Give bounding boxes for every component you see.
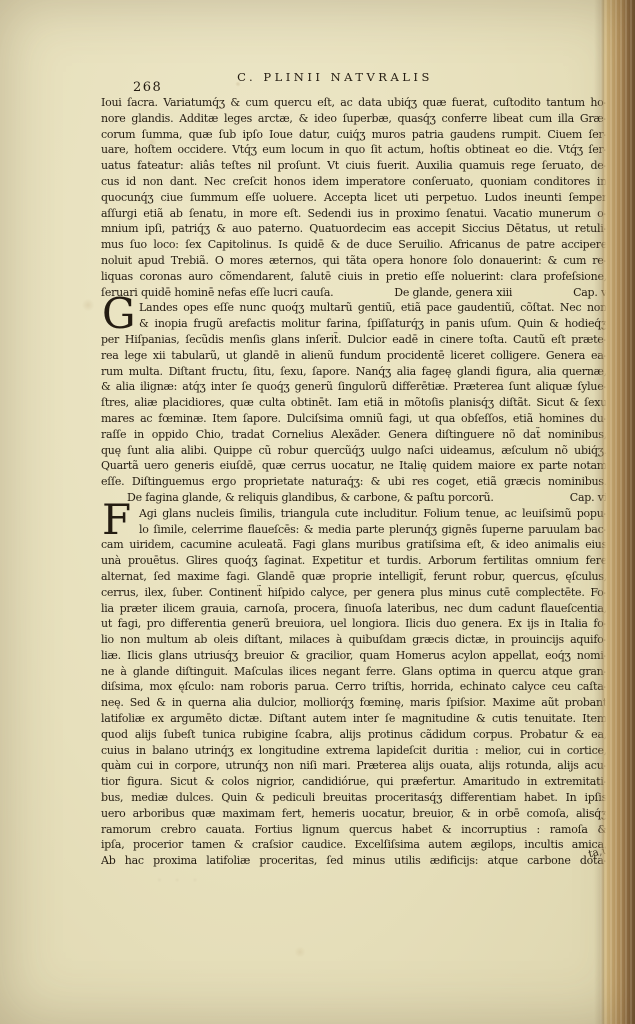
text-line: quod alijs ſubeſt tunica rubigine ſcabra… — [101, 727, 607, 743]
text-line: rum multa. Diſtant fructu, ſitu, ſexu, ſ… — [101, 364, 607, 380]
text-block: Ioui ſacra. Variatumq́ʒ & cum quercu eſt… — [101, 95, 607, 869]
text-line: mares ac fœminæ. Item ſapore. Dulciſsima… — [101, 411, 607, 427]
text-line: aſſurgi etiã ab ſenatu, in more eſt. Sed… — [101, 206, 607, 222]
text-line: Landes opes eſſe nunc quoq́ʒ multarũ gen… — [101, 300, 607, 316]
paragraph-de-fagina-indented-lines: Agi glans nucleis ſimilis, triangula cut… — [101, 506, 607, 538]
text-line: quàm cui in corpore, utrunq́ʒ non niſi m… — [101, 758, 607, 774]
text-line: mnium ipſi, patriq́ʒ & auo paterno. Quat… — [101, 221, 607, 237]
paragraph-continuation: Ioui ſacra. Variatumq́ʒ & cum quercu eſt… — [101, 95, 607, 285]
text-line: & alia ilignæ: atq́ʒ inter ſe quoq́ʒ gen… — [101, 379, 607, 395]
book-fore-edge — [600, 0, 635, 1024]
text-line: & inopia frugũ arefactis molitur farina,… — [101, 316, 607, 332]
text-line: cerrus, ilex, ſuber. Continent̃ hiſpido … — [101, 585, 607, 601]
running-head: C. PLINII NATVRALIS — [100, 70, 570, 84]
text-line: mus ſuo loco: ſex Capitolinus. Is quidē … — [101, 237, 607, 253]
text-line: eſſe. Diſtinguemus ergo proprietate natu… — [101, 474, 607, 490]
paragraph-de-glande-indented-lines: Landes opes eſſe nunc quoq́ʒ multarũ gen… — [101, 300, 607, 332]
paragraph-de-fagina: F Agi glans nucleis ſimilis, triangula c… — [101, 506, 607, 869]
text-line: latifoliæ ex argumēto dictæ. Diſtant aut… — [101, 711, 607, 727]
paragraph-de-glande: G Landes opes eſſe nunc quoq́ʒ multarũ g… — [101, 300, 607, 490]
text-line: uero arboribus quæ maximam fert, hemeris… — [101, 806, 607, 822]
text-line: cus id non dant. Nec creſcit honos idem … — [101, 174, 607, 190]
text-line: neę. Sed & in querna alia dulcior, molli… — [101, 695, 607, 711]
chapter-5-title: De glande, genera xiii — [394, 285, 512, 301]
text-line: uare, hoſtem occidere. Vtq́ʒ eum locum i… — [101, 142, 607, 158]
text-line: per Hiſpanias, ſecũdis menſis glans inſe… — [101, 332, 607, 348]
page-paper: 268 C. PLINII NATVRALIS Ioui ſacra. Vari… — [0, 0, 607, 1024]
drop-cap-F: F — [102, 503, 138, 535]
text-line: lia præter ilicem grauia, carnoſa, proce… — [101, 601, 607, 617]
text-line: Ab hac proxima latifoliæ proceritas, ſed… — [101, 853, 607, 869]
text-line: bus, mediæ dulces. Quin & pediculi breui… — [101, 790, 607, 806]
text-line: Agi glans nucleis ſimilis, triangula cut… — [101, 506, 607, 522]
paragraph-de-fagina-lines: cam uiridem, cacumine aculeatã. Fagi gla… — [101, 537, 607, 869]
text-line: cuius in balano utrinq́ʒ ex longitudine … — [101, 743, 607, 759]
text-line: noluit apud Trebiã. O mores æternos, qui… — [101, 253, 607, 269]
text-line: quę ſunt alia alibi. Quippe cũ robur que… — [101, 443, 607, 459]
chapter-6-title: De fagina glande, & reliquis glandibus, … — [127, 490, 494, 506]
text-line: Ioui ſacra. Variatumq́ʒ & cum quercu eſt… — [101, 95, 607, 111]
text-line: ſtres, aliæ placidiores, quæ culta obtin… — [101, 395, 607, 411]
book-page-photo: 268 C. PLINII NATVRALIS Ioui ſacra. Vari… — [0, 0, 635, 1024]
text-line: Quartã uero generis eiuſdē, quæ cerrus u… — [101, 458, 607, 474]
text-line: ut fagi, pro differentia generũ breuiora… — [101, 616, 607, 632]
text-line: cam uiridem, cacumine aculeatã. Fagi gla… — [101, 537, 607, 553]
text-line: ramorum crebro cauata. Fortius lignum qu… — [101, 822, 607, 838]
chapter-6-heading: De fagina glande, & reliquis glandibus, … — [101, 490, 607, 506]
text-line: uatus fateatur: aliâs teſtes nil proſunt… — [101, 158, 607, 174]
ink-showthrough-marks: · · · — [158, 876, 228, 884]
text-line: tior figura. Sicut & colos nigrior, cand… — [101, 774, 607, 790]
text-line: ipſa, procerior tamen & craſsior caudice… — [101, 837, 607, 853]
text-line: alternat, ſed maxime fagi. Glandē quæ pr… — [101, 569, 607, 585]
drop-cap-G: G — [102, 297, 138, 329]
text-line: lio non multum ab oleis diſtant, milaces… — [101, 632, 607, 648]
text-line: unà prouētus. Glires quoq́ʒ ſaginat. Exp… — [101, 553, 607, 569]
text-line: quocunq́ʒ ciue ſummum eſſe uoluere. Acce… — [101, 190, 607, 206]
paragraph-de-glande-lines: per Hiſpanias, ſecũdis menſis glans inſe… — [101, 332, 607, 490]
text-line: raſſe in oppido Chio, tradat Cornelius A… — [101, 427, 607, 443]
text-line: nore glandis. Additæ leges arctæ, & ideo… — [101, 111, 607, 127]
text-line: liæ. Ilicis glans utriusq́ʒ breuior & gr… — [101, 648, 607, 664]
text-line: ne à glande diſtinguit. Maſculas ilices … — [101, 664, 607, 680]
text-line: diſsima, mox ęſculo: nam roboris parua. … — [101, 679, 607, 695]
text-line: lo ſimile, celerrime flaueſcēs: & media … — [101, 522, 607, 538]
text-line: corum ſumma, quæ ſub ipſo Ioue datur, cu… — [101, 127, 607, 143]
text-line: rea lege xii tabularũ, ut glandē in alie… — [101, 348, 607, 364]
text-line: liquas coronas auro cõmendarent, ſalutē … — [101, 269, 607, 285]
chapter-5-heading: ſeruari quidē hominē nefas eſſe lucri ca… — [101, 285, 607, 301]
